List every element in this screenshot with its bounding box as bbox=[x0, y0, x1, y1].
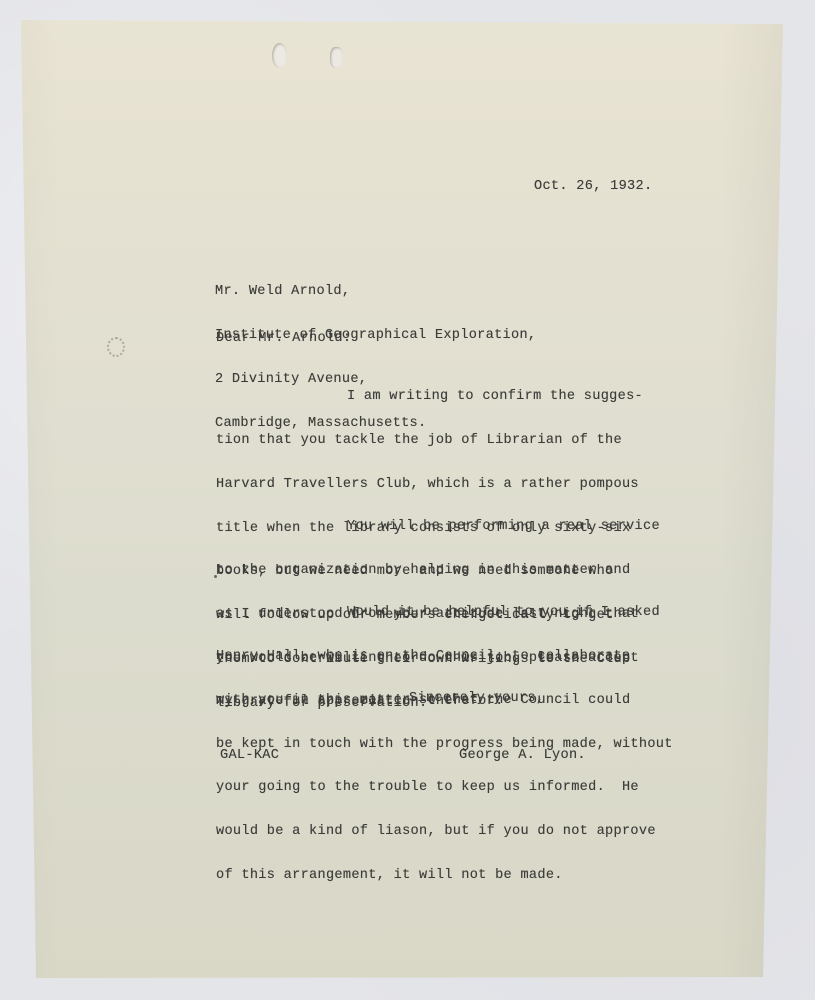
ink-smudge-mark bbox=[107, 337, 125, 357]
paragraph-line: be kept in touch with the progress being… bbox=[216, 738, 673, 753]
paragraph-line: Would it be helpful to you if I asked bbox=[216, 606, 673, 621]
paragraph-line: I am writing to confirm the sugges- bbox=[216, 390, 643, 405]
paragraph-line: tion that you tackle the job of Libraria… bbox=[216, 434, 643, 449]
punch-hole-icon bbox=[272, 43, 287, 68]
paragraph-line: of this arrangement, it will not be made… bbox=[216, 869, 673, 884]
paragraph-line: Henry Hall, who is on the Council, to co… bbox=[216, 650, 673, 665]
paragraph-line: You will be performing a real service bbox=[216, 520, 660, 535]
salutation: Dear Mr. Arnold: bbox=[216, 332, 351, 347]
paragraph-line: would be a kind of liason, but if you do… bbox=[216, 825, 673, 840]
punch-hole-icon bbox=[330, 47, 343, 68]
signature: George A. Lyon. bbox=[459, 749, 586, 764]
reference-initials: GAL-KAC bbox=[220, 749, 279, 764]
body-paragraph-3: Would it be helpful to you if I asked He… bbox=[216, 577, 673, 898]
closing: Sincerely yours, bbox=[409, 692, 544, 707]
paragraph-line: your going to the trouble to keep us inf… bbox=[216, 781, 673, 796]
letter-date: Oct. 26, 1932. bbox=[534, 180, 652, 195]
address-line: Mr. Weld Arnold, bbox=[215, 285, 536, 300]
